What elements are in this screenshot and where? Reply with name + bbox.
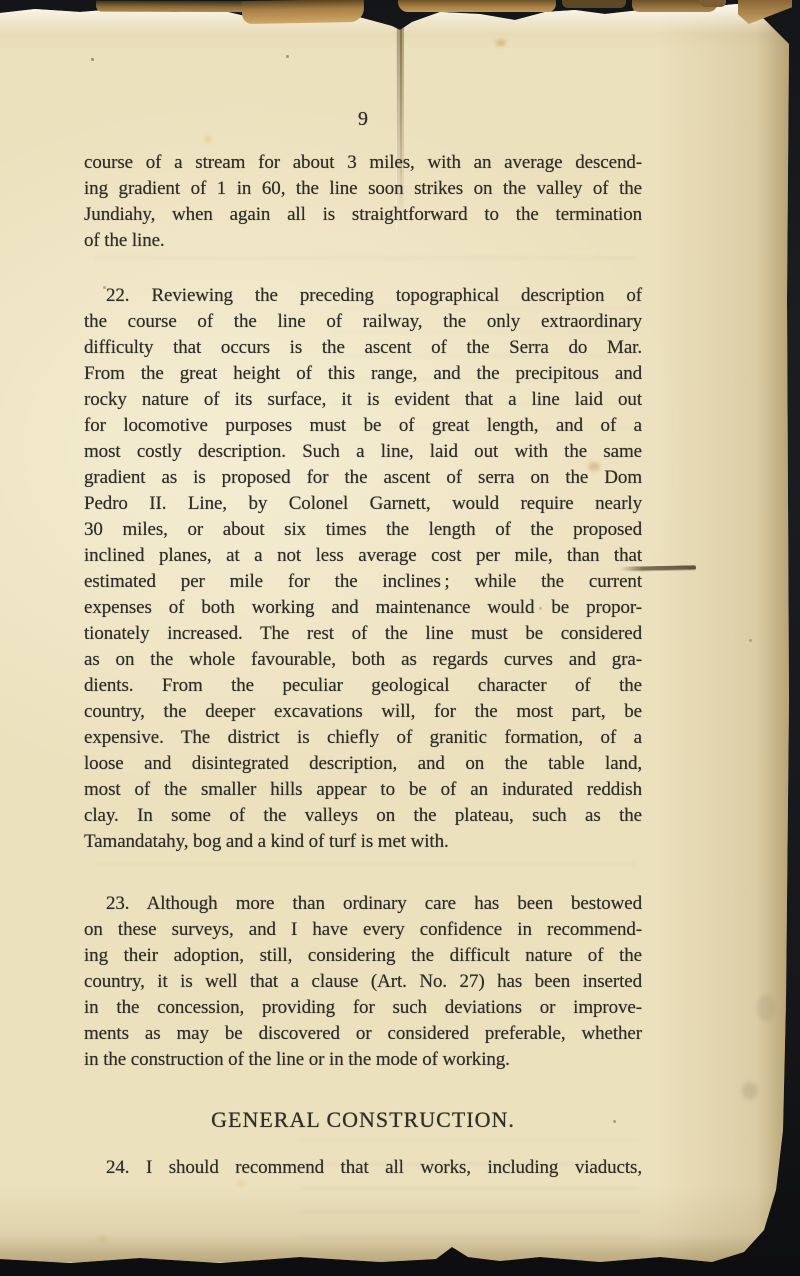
text-line: on these surveys, and I have every confi…	[84, 917, 642, 943]
text-line: ments as may be discovered or considered…	[84, 1021, 642, 1047]
text-line: clay. In some of the valleys on the plat…	[84, 803, 642, 829]
stain-spot	[238, 1182, 244, 1186]
text-line: estimated per mile for the inclines ; wh…	[84, 569, 642, 595]
scanned-book-page-photo: 9 course of a stream for about 3 miles, …	[0, 0, 800, 1276]
text-line: of the line.	[84, 228, 642, 254]
stain-spot	[98, 1236, 107, 1241]
text-line: expenses of both working and maintenance…	[84, 595, 642, 621]
text-line: rocky nature of its surface, it is evide…	[84, 387, 642, 413]
stain-spot	[496, 40, 506, 46]
text-line: expensive. The district is chiefly of gr…	[84, 725, 642, 751]
text-line: ing their adoption, still, considering t…	[84, 943, 642, 969]
paragraph: 22. Reviewing the preceding topographica…	[84, 283, 642, 855]
page-number: 9	[84, 108, 642, 134]
text-line: for locomotive purposes must be of great…	[84, 413, 642, 439]
text-line: the course of the line of railway, the o…	[84, 309, 642, 335]
paragraph: 24. I should recommend that all works, i…	[84, 1155, 642, 1181]
torn-paper-fragment	[242, 0, 364, 24]
right-edge-shadow	[756, 0, 792, 1276]
text-line: gradient as is proposed for the ascent o…	[84, 465, 642, 491]
text-line: country, the deeper excavations will, fo…	[84, 699, 642, 725]
paragraph: 23. Although more than ordinary care has…	[84, 891, 642, 1073]
text-column: course of a stream for about 3 miles, wi…	[84, 150, 642, 1181]
paper-page: 9 course of a stream for about 3 miles, …	[0, 0, 800, 1276]
text-line: Jundiahy, when again all is straightforw…	[84, 202, 642, 228]
text-line: Tamandatahy, bog and a kind of turf is m…	[84, 829, 642, 855]
text-line: 30 miles, or about six times the length …	[84, 517, 642, 543]
torn-paper-fragment	[398, 0, 556, 12]
torn-paper-fragment	[700, 0, 726, 7]
text-line: Pedro II. Line, by Colonel Garnett, woul…	[84, 491, 642, 517]
text-line: 22. Reviewing the preceding topographica…	[84, 283, 642, 309]
text-line: From the great height of this range, and…	[84, 361, 642, 387]
text-line: most of the smaller hills appear to be o…	[84, 777, 642, 803]
paragraph: course of a stream for about 3 miles, wi…	[84, 150, 642, 254]
section-heading: GENERAL CONSTRUCTION.	[84, 1105, 642, 1135]
text-line: inclined planes, at a not less average c…	[84, 543, 642, 569]
text-line: course of a stream for about 3 miles, wi…	[84, 150, 642, 176]
text-line: 23. Although more than ordinary care has…	[84, 891, 642, 917]
stain-spot	[742, 1082, 758, 1100]
text-line: in the concession, providing for such de…	[84, 995, 642, 1021]
text-line: 24. I should recommend that all works, i…	[84, 1155, 642, 1181]
stain-spot	[205, 137, 211, 142]
text-line: most costly description. Such a line, la…	[84, 439, 642, 465]
text-line: dients. From the peculiar geological cha…	[84, 673, 642, 699]
text-line: loose and disintegrated description, and…	[84, 751, 642, 777]
text-line: as on the whole favourable, both as rega…	[84, 647, 642, 673]
text-line: tionately increased. The rest of the lin…	[84, 621, 642, 647]
text-line: in the construction of the line or in th…	[84, 1047, 642, 1073]
stain-spot	[756, 995, 776, 1021]
dust-specks	[0, 0, 1, 1]
text-line: country, it is well that a clause (Art. …	[84, 969, 642, 995]
text-line: difficulty that occurs is the ascent of …	[84, 335, 642, 361]
torn-paper-fragment	[562, 0, 626, 8]
text-line: ing gradient of 1 in 60, the line soon s…	[84, 176, 642, 202]
